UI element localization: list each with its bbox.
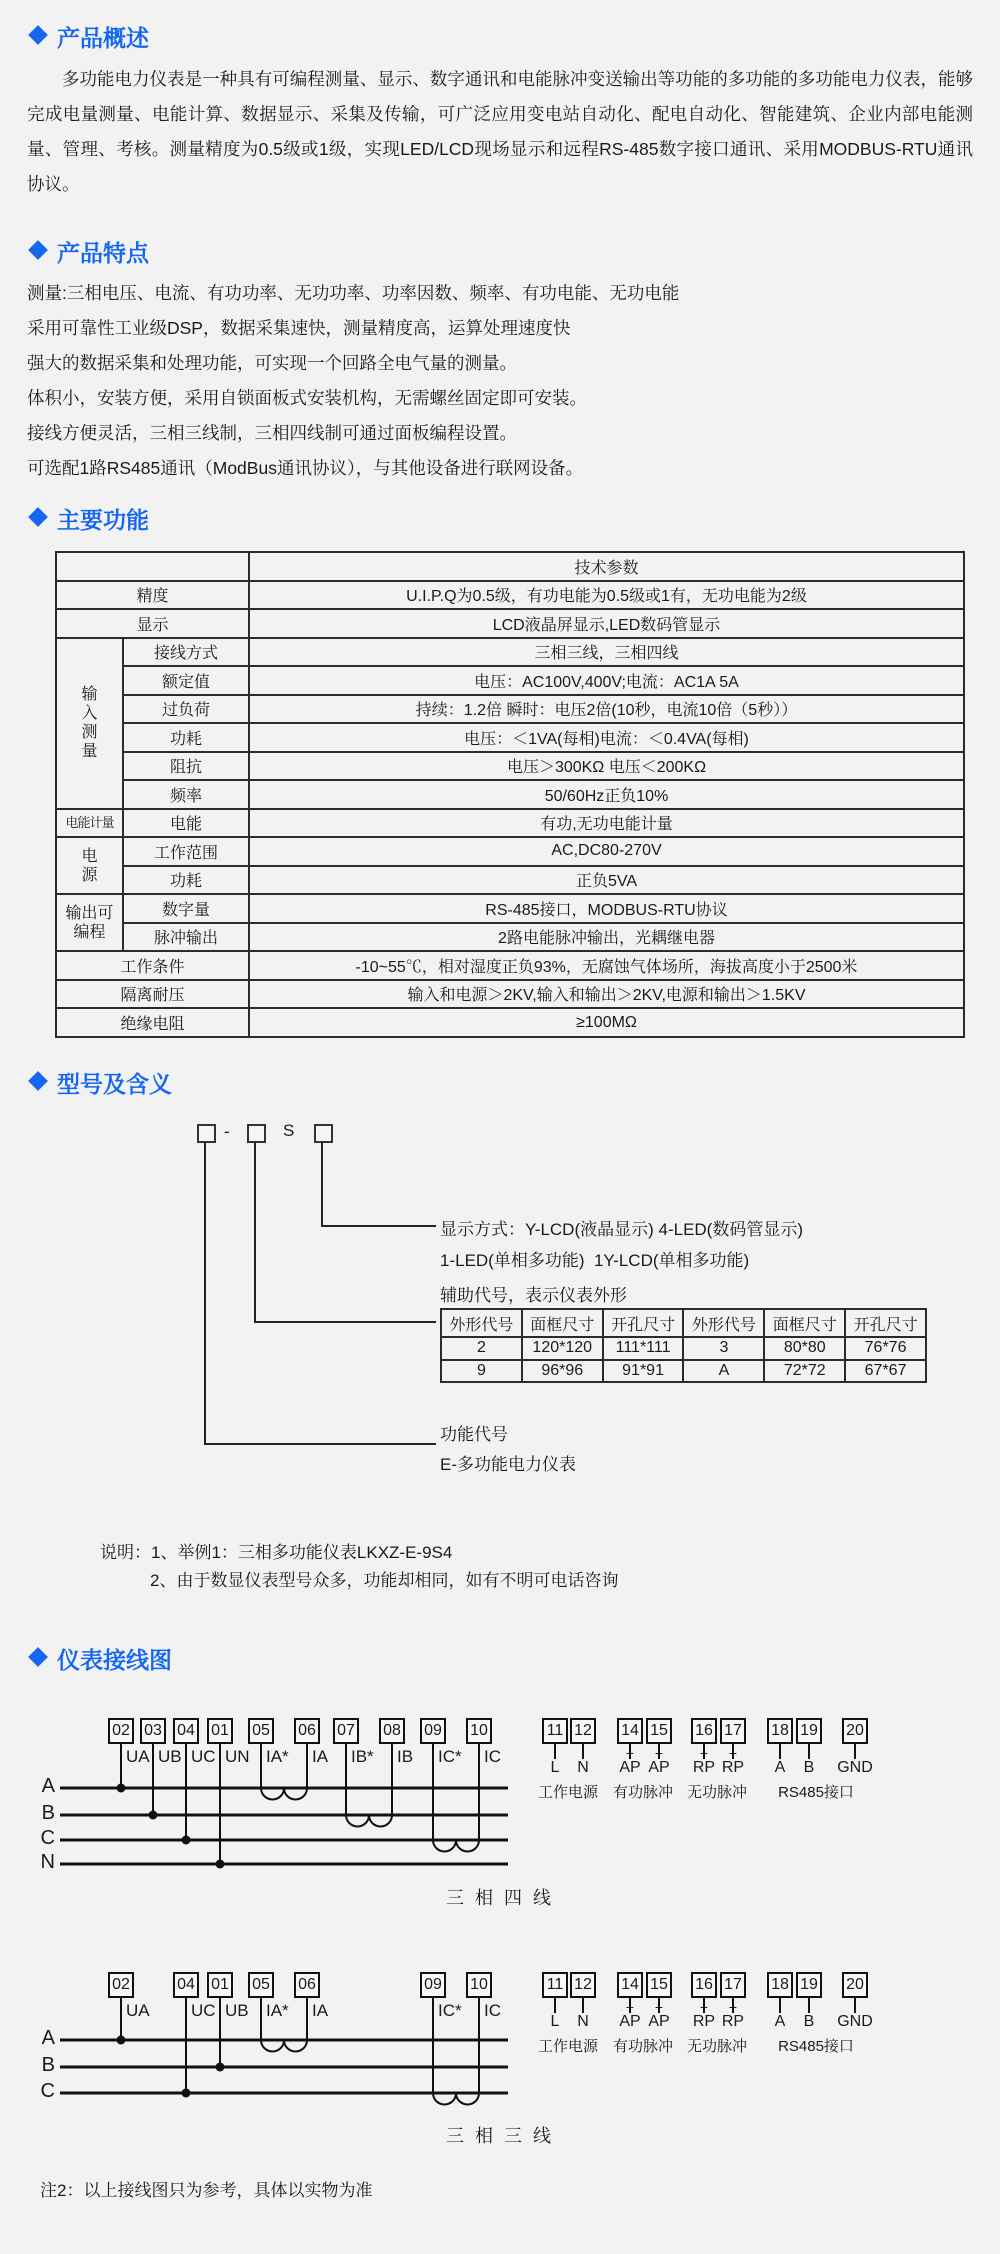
terminal-box: 09 [420,1972,446,1998]
diamond-icon [28,507,48,527]
size-cell: 120*120 [522,1337,603,1359]
size-header: 面框尺寸 [522,1309,603,1337]
terminal-box: 14 [617,1972,643,1998]
param-value: 持续：1.2倍 瞬时：电压2倍(10秒，电流10倍（5秒）） [249,695,964,724]
polarity-sign: − [689,2001,719,2013]
param-value: LCD液晶屏显示,LED数码管显示 [249,609,964,638]
size-cell: 67*67 [845,1360,926,1382]
wiring-note: 注2：以上接线图只为参考，具体以实物为准 [40,2176,372,2201]
param-name: 过负荷 [123,695,249,724]
terminal-label: IB [397,1747,413,1767]
feature-item: 接线方便灵活，三相三线制，三相四线制可通过面板编程设置。 [27,416,973,451]
param-name: 工作范围 [123,837,249,866]
size-header: 外形代号 [683,1309,764,1337]
terminal-box: 11 [542,1972,568,1998]
aux-terminal-label: AP [615,1759,645,1777]
terminal-box: 05 [248,1972,274,1998]
param-value: RS-485接口，MODBUS-RTU协议 [249,894,964,923]
terminal-label: IC [484,1747,501,1767]
terminal-box: 17 [720,1718,746,1744]
terminal-box: 15 [646,1718,672,1744]
phase-label: B [33,2054,55,2077]
size-cell: 2 [441,1337,522,1359]
bus-lines [60,2040,508,2093]
terminal-label: IA* [266,2001,289,2021]
terminal-box: 12 [570,1718,596,1744]
section-title-overview: 产品概述 [57,20,149,53]
table-row: 9 96*96 91*91 A 72*72 67*67 [441,1360,926,1382]
model-code-dash: - [224,1122,230,1142]
table-row: 电 源 工作范围 AC,DC80-270V [56,837,964,866]
param-name: 精度 [56,581,249,610]
param-value: 有功,无功电能计量 [249,809,964,838]
terminal-box: 11 [542,1718,568,1744]
elbow-line-function-code [205,1142,436,1444]
terminal-box: 04 [173,1972,199,1998]
size-header: 面框尺寸 [764,1309,845,1337]
param-group: 电 源 [56,837,123,894]
param-group: 输 入 测 量 [56,638,123,809]
model-note: 2、由于数显仪表型号众多，功能却相同，如有不明可电话咨询 [150,1566,618,1591]
size-cell: 111*111 [603,1337,684,1359]
table-row: 显示 LCD液晶屏显示,LED数码管显示 [56,609,964,638]
param-name: 阻抗 [123,752,249,781]
model-note: 说明：1、举例1：三相多功能仪表LKXZ-E-9S4 [100,1538,452,1563]
diamond-icon [28,1647,48,1667]
feature-item: 采用可靠性工业级DSP，数据采集速快，测量精度高，运算处理速度快 [27,311,973,346]
terminal-label: UC [191,1747,216,1767]
feature-item: 测量:三相电压、电流、有功功率、无功功率、功率因数、频率、有功电能、无功电能 [27,276,973,311]
param-value: 电压：AC100V,400V;电流：AC1A 5A [249,666,964,695]
terminal-box: 07 [333,1718,359,1744]
table-row: 阻抗 电压＞300KΩ 电压＜200KΩ [56,752,964,781]
param-name: 显示 [56,609,249,638]
section-title-model: 型号及含义 [57,1066,172,1099]
model-code-letter: S [283,1121,294,1141]
model-code-box-3 [314,1124,333,1143]
aux-terminal-label: B [794,2013,824,2031]
param-name: 频率 [123,780,249,809]
terminal-box: 10 [466,1718,492,1744]
param-value: 三相三线，三相四线 [249,638,964,667]
section-title-features: 产品特点 [57,235,149,268]
table-row: 功耗 正负5VA [56,866,964,895]
param-name: 工作条件 [56,951,249,980]
terminal-label: IA [312,1747,328,1767]
size-header: 外形代号 [441,1309,522,1337]
terminal-label: IA [312,2001,328,2021]
table-row: 脉冲输出 2路电能脉冲输出，光耦继电器 [56,923,964,952]
terminal-box: 19 [796,1972,822,1998]
terminal-label: UC [191,2001,216,2021]
table-row: 绝缘电阻 ≥100MΩ [56,1008,964,1037]
terminal-label: UB [158,1747,182,1767]
phase-label: A [33,1775,55,1798]
terminal-box: 05 [248,1718,274,1744]
param-name: 隔离耐压 [56,980,249,1009]
polarity-sign: + [718,1747,748,1759]
terminal-box: 01 [207,1972,233,1998]
phase-label: A [33,2027,55,2050]
terminal-box: 15 [646,1972,672,1998]
table-row: 工作条件 -10~55℃，相对湿度正负93%，无腐蚀气体场所，海拔高度小于250… [56,951,964,980]
table-row: 频率 50/60Hz正负10% [56,780,964,809]
ct-arc-ia [261,1788,307,1800]
diamond-icon [28,240,48,260]
terminal-box: 02 [108,1718,134,1744]
elbow-line-aux-code [255,1142,436,1322]
param-name: 脉冲输出 [123,923,249,952]
param-value: 电压＞300KΩ 电压＜200KΩ [249,752,964,781]
aux-terminal-label: RP [718,2013,748,2031]
aux-terminal-label: B [794,1759,824,1777]
terminal-box: 10 [466,1972,492,1998]
product-document-page: 产品概述 多功能电力仪表是一种具有可编程测量、显示、数字通讯和电能脉冲变送输出等… [0,0,1000,2254]
phase-label: B [33,1802,55,1825]
ct-arc-ia [261,2040,307,2052]
terminal-box: 04 [173,1718,199,1744]
shape-size-table: 外形代号 面框尺寸 开孔尺寸 外形代号 面框尺寸 开孔尺寸 2 120*120 … [440,1308,927,1383]
display-mode-note: 显示方式：Y-LCD(液晶显示) 4-LED(数码管显示) [440,1215,803,1240]
model-code-box-1 [197,1124,216,1143]
aux-group-caption: 无功脉冲 [685,2035,749,2056]
param-name: 数字量 [123,894,249,923]
param-value: AC,DC80-270V [249,837,964,866]
param-name: 功耗 [123,723,249,752]
aux-group-caption: 有功脉冲 [611,2035,675,2056]
aux-group-caption: 工作电源 [536,2035,600,2056]
aux-group-caption: RS485接口 [772,2035,860,2056]
param-group: 输出可 编程 [56,894,123,951]
terminal-label: UA [126,1747,150,1767]
polarity-sign: + [644,2001,674,2013]
section-title-functions: 主要功能 [57,502,149,535]
param-value: 正负5VA [249,866,964,895]
aux-group-caption: RS485接口 [772,1781,860,1802]
terminal-label: IC* [438,1747,462,1767]
table-row: 输出可 编程 数字量 RS-485接口，MODBUS-RTU协议 [56,894,964,923]
section-title-wiring: 仪表接线图 [57,1642,172,1675]
aux-terminal-label: AP [644,1759,674,1777]
aux-group-caption: 有功脉冲 [611,1781,675,1802]
polarity-sign: − [689,1747,719,1759]
table-row: 额定值 电压：AC100V,400V;电流：AC1A 5A [56,666,964,695]
feature-item: 体积小，安装方便，采用自锁面板式安装机构，无需螺丝固定即可安装。 [27,381,973,416]
size-cell: 72*72 [764,1360,845,1382]
terminal-box: 02 [108,1972,134,1998]
phase-label: C [33,2080,55,2103]
polarity-sign: + [718,2001,748,2013]
ct-coil-arcs [261,1788,479,1852]
tech-parameters-table: 技术参数 精度 U.I.P.Q为0.5级，有功电能为0.5级或1有，无功电能为2… [55,551,965,1038]
param-name: 电能 [123,809,249,838]
table-header-cell: 技术参数 [249,552,964,581]
function-code-value: E-多功能电力仪表 [440,1450,576,1475]
ct-arc-ic [433,1840,479,1852]
terminal-box: 01 [207,1718,233,1744]
param-name: 功耗 [123,866,249,895]
size-cell: 80*80 [764,1337,845,1359]
table-row: 技术参数 [56,552,964,581]
bus-lines [60,1788,508,1864]
aux-terminal-label: AP [615,2013,645,2031]
overview-paragraph: 多功能电力仪表是一种具有可编程测量、显示、数字通讯和电能脉冲变送输出等功能的多功… [27,62,973,202]
table-row: 过负荷 持续：1.2倍 瞬时：电压2倍(10秒，电流10倍（5秒）） [56,695,964,724]
size-cell: 96*96 [522,1360,603,1382]
table-row: 电能计量 电能 有功,无功电能计量 [56,809,964,838]
terminal-label: IC* [438,2001,462,2021]
ct-arc-ic [433,2093,479,2105]
table-row: 输 入 测 量 接线方式 三相三线，三相四线 [56,638,964,667]
param-value: 50/60Hz正负10% [249,780,964,809]
terminal-wires [121,1998,479,2093]
terminal-box: 03 [140,1718,166,1744]
size-cell: 91*91 [603,1360,684,1382]
size-cell: 9 [441,1360,522,1382]
terminal-label: UN [225,1747,250,1767]
terminal-label: UA [126,2001,150,2021]
phase-label: C [33,1827,55,1850]
aux-terminal-label: GND [833,2013,877,2031]
aux-terminal-label: L [540,2013,570,2031]
display-mode-note: 1-LED(单相多功能) 1Y-LCD(单相多功能) [440,1246,749,1271]
aux-terminal-label: RP [689,2013,719,2031]
terminal-label: IC [484,2001,501,2021]
terminal-box: 16 [691,1972,717,1998]
aux-terminal-label: RP [718,1759,748,1777]
aux-group-caption: 工作电源 [536,1781,600,1802]
aux-terminal-label: N [568,1759,598,1777]
polarity-sign: + [644,1747,674,1759]
size-cell: 76*76 [845,1337,926,1359]
aux-terminal-label: N [568,2013,598,2031]
terminal-box: 14 [617,1718,643,1744]
model-code-box-2 [247,1124,266,1143]
aux-code-note: 辅助代号，表示仪表外形 [440,1281,627,1306]
ct-coil-arcs [261,2040,479,2105]
param-name: 绝缘电阻 [56,1008,249,1037]
junction-dots [117,2036,225,2098]
ct-arc-ib [346,1815,392,1827]
terminal-box: 18 [767,1972,793,1998]
diagram-caption: 三 相 四 线 [415,1884,585,1910]
terminal-box: 12 [570,1972,596,1998]
aux-terminal-label: GND [833,1759,877,1777]
param-value: ≥100MΩ [249,1008,964,1037]
function-code-label: 功能代号 [440,1420,508,1445]
table-row: 功耗 电压：＜1VA(每相)电流：＜0.4VA(每相) [56,723,964,752]
features-list: 测量:三相电压、电流、有功功率、无功功率、功率因数、频率、有功电能、无功电能 采… [27,276,973,486]
param-value: 输入和电源＞2KV,输入和输出＞2KV,电源和输出＞1.5KV [249,980,964,1009]
diamond-icon [28,1071,48,1091]
terminal-box: 16 [691,1718,717,1744]
empty-cell [56,552,249,581]
terminal-box: 19 [796,1718,822,1744]
size-header: 开孔尺寸 [603,1309,684,1337]
size-header: 开孔尺寸 [845,1309,926,1337]
diamond-icon [28,25,48,45]
aux-terminal-label: A [765,1759,795,1777]
phase-label: N [33,1851,55,1874]
terminal-box: 18 [767,1718,793,1744]
terminal-box: 20 [842,1718,868,1744]
table-row: 精度 U.I.P.Q为0.5级，有功电能为0.5级或1有，无功电能为2级 [56,581,964,610]
terminal-label: UB [225,2001,249,2021]
terminal-label: IA* [266,1747,289,1767]
aux-terminal-label: A [765,2013,795,2031]
aux-terminal-label: L [540,1759,570,1777]
param-name: 额定值 [123,666,249,695]
polarity-sign: − [615,2001,645,2013]
terminal-box: 06 [294,1972,320,1998]
terminal-box: 09 [420,1718,446,1744]
param-group: 电能计量 [56,809,123,838]
aux-group-caption: 无功脉冲 [685,1781,749,1802]
terminal-box: 06 [294,1718,320,1744]
feature-item: 可选配1路RS485通讯（ModBus通讯协议），与其他设备进行联网设备。 [27,451,973,486]
table-row: 外形代号 面框尺寸 开孔尺寸 外形代号 面框尺寸 开孔尺寸 [441,1309,926,1337]
model-elbow-lines [205,1142,436,1444]
aux-terminal-label: AP [644,2013,674,2031]
terminal-box: 17 [720,1972,746,1998]
terminal-box: 20 [842,1972,868,1998]
param-value: 2路电能脉冲输出，光耦继电器 [249,923,964,952]
polarity-sign: − [615,1747,645,1759]
param-value: U.I.P.Q为0.5级，有功电能为0.5级或1有，无功电能为2级 [249,581,964,610]
terminal-box: 08 [379,1718,405,1744]
table-row: 隔离耐压 输入和电源＞2KV,输入和输出＞2KV,电源和输出＞1.5KV [56,980,964,1009]
junction-dots [117,1784,225,1869]
param-value: -10~55℃，相对湿度正负93%，无腐蚀气体场所，海拔高度小于2500米 [249,951,964,980]
terminal-label: IB* [351,1747,374,1767]
feature-item: 强大的数据采集和处理功能，可实现一个回路全电气量的测量。 [27,346,973,381]
diagram-caption: 三 相 三 线 [415,2122,585,2148]
aux-terminal-label: RP [689,1759,719,1777]
size-cell: A [683,1360,764,1382]
elbow-line-display-mode [322,1142,436,1226]
table-row: 2 120*120 111*111 3 80*80 76*76 [441,1337,926,1359]
param-value: 电压：＜1VA(每相)电流：＜0.4VA(每相) [249,723,964,752]
size-cell: 3 [683,1337,764,1359]
param-name: 接线方式 [123,638,249,667]
